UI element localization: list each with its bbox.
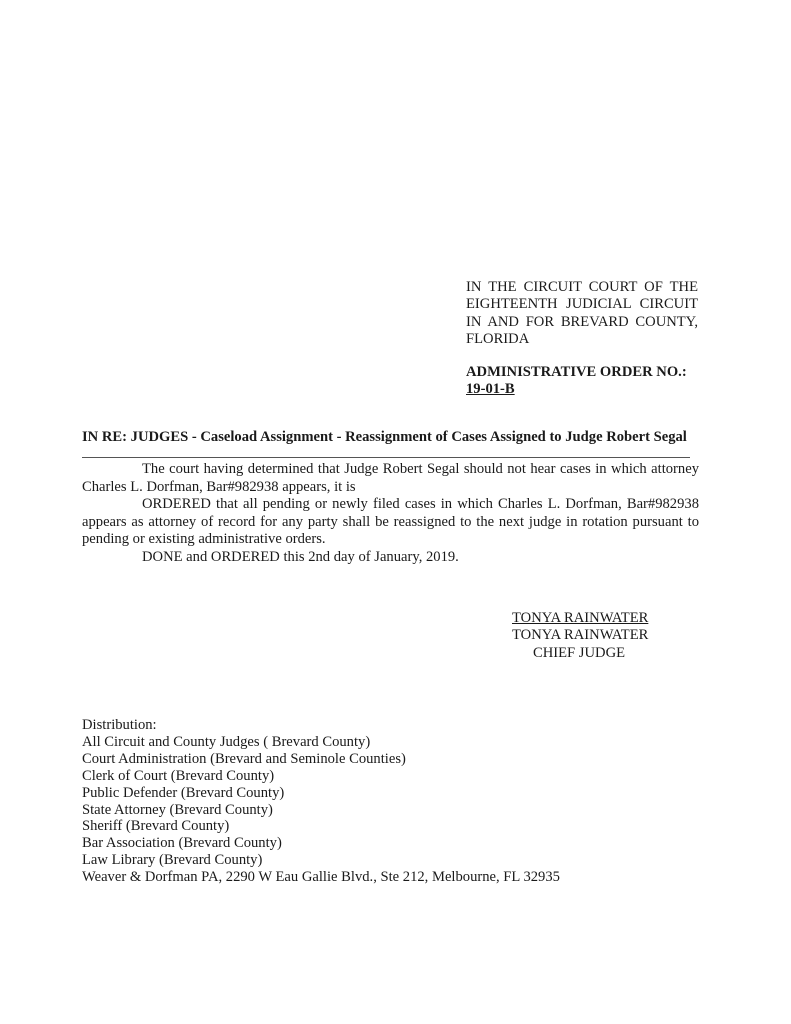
order-body: The court having determined that Judge R…: [82, 461, 699, 567]
printed-name: TONYA RAINWATER: [512, 627, 692, 644]
body-paragraph: The court having determined that Judge R…: [82, 461, 699, 496]
caption-line: FLORIDA: [466, 331, 698, 348]
signer-title: CHIEF JUDGE: [512, 645, 692, 662]
in-re-heading: IN RE: JUDGES - Caseload Assignment - Re…: [82, 428, 722, 446]
body-paragraph: ORDERED that all pending or newly filed …: [82, 496, 699, 549]
administrative-order-number: ADMINISTRATIVE ORDER NO.: 19-01-B: [466, 364, 706, 399]
distribution-recipient: State Attorney (Brevard County): [82, 802, 682, 819]
distribution-recipient: Public Defender (Brevard County): [82, 785, 682, 802]
distribution-list: Distribution: All Circuit and County Jud…: [82, 717, 682, 886]
body-paragraph: DONE and ORDERED this 2nd day of January…: [82, 549, 699, 567]
caption-line: IN AND FOR BREVARD COUNTY,: [466, 314, 698, 331]
distribution-recipient: Sheriff (Brevard County): [82, 818, 682, 835]
distribution-recipient: Court Administration (Brevard and Semino…: [82, 751, 682, 768]
caption-line: EIGHTEENTH JUDICIAL CIRCUIT: [466, 296, 698, 313]
court-caption: IN THE CIRCUIT COURT OF THE EIGHTEENTH J…: [466, 279, 698, 349]
distribution-recipient: Bar Association (Brevard County): [82, 835, 682, 852]
horizontal-rule: [82, 457, 690, 458]
distribution-recipient: Weaver & Dorfman PA, 2290 W Eau Gallie B…: [82, 869, 682, 886]
signature: TONYA RAINWATER: [512, 610, 692, 627]
distribution-recipient: Law Library (Brevard County): [82, 852, 682, 869]
order-label: ADMINISTRATIVE ORDER NO.:: [466, 364, 687, 380]
distribution-heading: Distribution:: [82, 717, 682, 734]
caption-line: IN THE CIRCUIT COURT OF THE: [466, 279, 698, 296]
distribution-recipient: Clerk of Court (Brevard County): [82, 768, 682, 785]
signature-block: TONYA RAINWATER TONYA RAINWATER CHIEF JU…: [512, 610, 692, 662]
order-number: 19-01-B: [466, 381, 706, 398]
distribution-recipient: All Circuit and County Judges ( Brevard …: [82, 734, 682, 751]
